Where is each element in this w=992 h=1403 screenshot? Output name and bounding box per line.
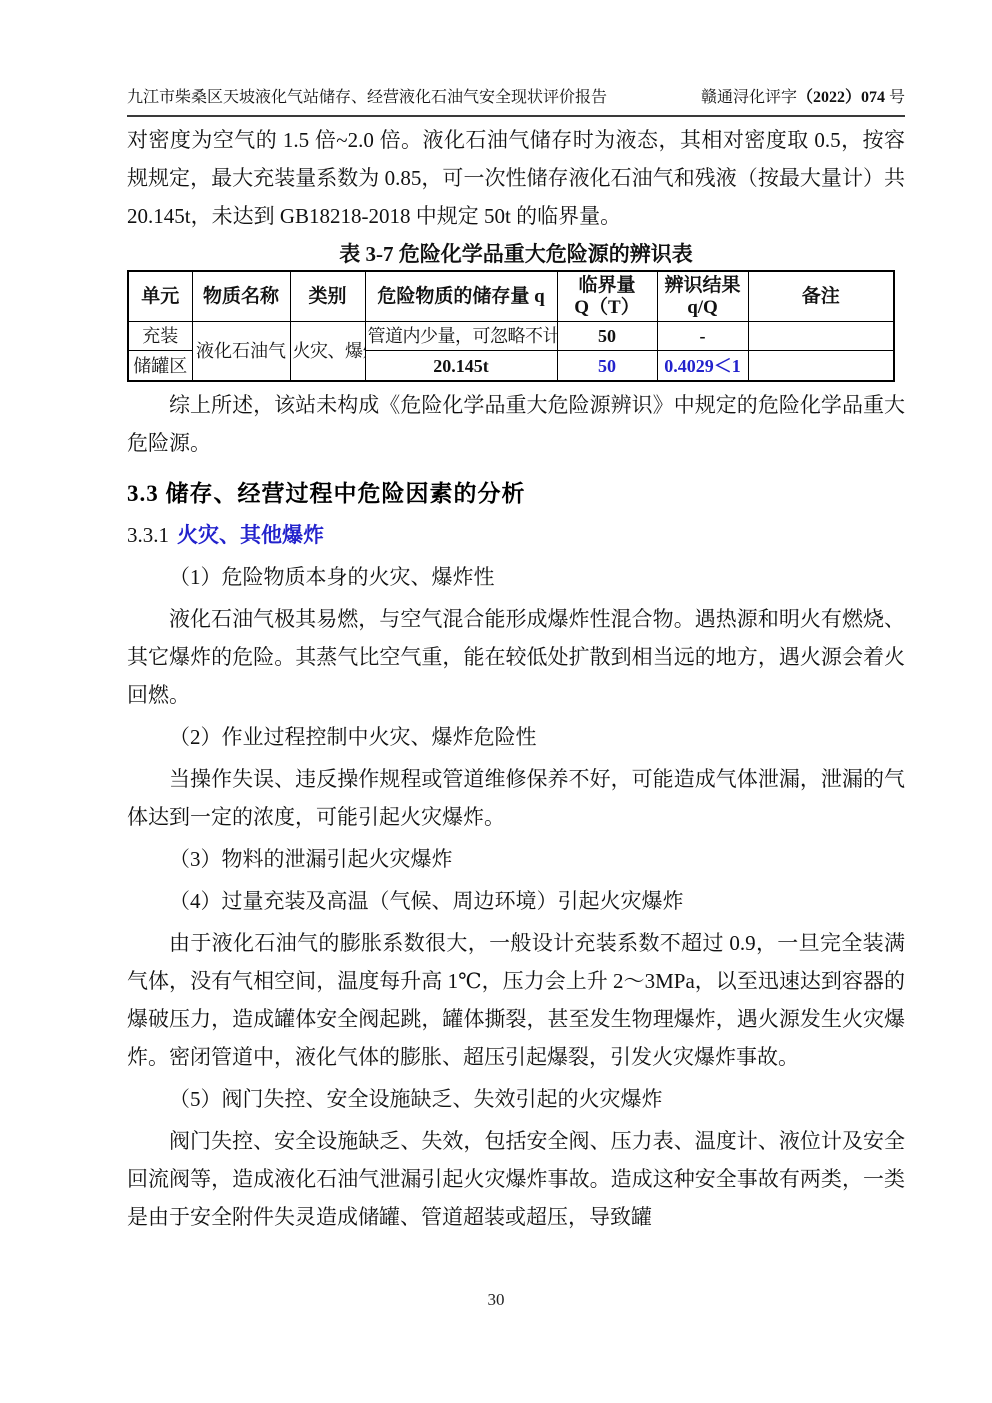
table-header-row: 单元 物质名称 类别 危险物质的储存量 q 临界量 Q（T） 辨识结果 q/Q … [128, 271, 894, 322]
paragraph-item-2: 当操作失误、违反操作规程或管道维修保养不好，可能造成气体泄漏，泄漏的气体达到一定… [127, 760, 905, 836]
list-item-2: （2）作业过程控制中火灾、爆炸危险性 [127, 718, 905, 756]
paragraph-item-5: 阀门失控、安全设施缺乏、失效，包括安全阀、压力表、温度计、液位计及安全回流阀等，… [127, 1122, 905, 1236]
col-header-category: 类别 [290, 271, 365, 322]
cell-critical-filling: 50 [557, 322, 657, 351]
table-row-filling: 充装 液化石油气 火灾、爆炸 管道内少量，可忽略不计 50 - [128, 322, 894, 351]
col-header-note: 备注 [748, 271, 894, 322]
col-header-substance: 物质名称 [192, 271, 290, 322]
col-header-critical-line2: Q（T） [560, 297, 655, 319]
list-item-4: （4）过量充装及高温（气候、周边环境）引起火灾爆炸 [127, 882, 905, 920]
cell-result-tank: 0.4029＜1 [657, 351, 748, 382]
cell-note-tank [748, 351, 894, 382]
list-item-3: （3）物料的泄漏引起火灾爆炸 [127, 840, 905, 878]
col-header-unit: 单元 [128, 271, 192, 322]
hazard-identification-table: 单元 物质名称 类别 危险物质的储存量 q 临界量 Q（T） 辨识结果 q/Q … [127, 270, 895, 382]
header-doc-number-value: （2022）074 [797, 89, 885, 106]
page-header: 九江市柴桑区天坡液化气站储存、经营液化石油气安全现状评价报告 赣通浔化评字（20… [127, 88, 905, 117]
col-header-result-line1: 辨识结果 [660, 275, 746, 297]
cell-note-filling [748, 322, 894, 351]
table-3-7-title: 表 3-7 危险化学品重大危险源的辨识表 [127, 239, 905, 269]
section-heading-3-3: 3.3 储存、经营过程中危险因素的分析 [127, 478, 905, 510]
cell-result-filling: - [657, 322, 748, 351]
paragraph-item-1: 液化石油气极其易燃，与空气混合能形成爆炸性混合物。遇热源和明火有燃烧、其它爆炸的… [127, 600, 905, 714]
document-page: 九江市柴桑区天坡液化气站储存、经营液化石油气安全现状评价报告 赣通浔化评字（20… [0, 0, 992, 1236]
col-header-result-line2: q/Q [660, 297, 746, 319]
cell-substance: 液化石油气 [192, 322, 290, 382]
paragraph-density: 对密度为空气的 1.5 倍~2.0 倍。液化石油气储存时为液态，其相对密度取 0… [127, 121, 905, 235]
header-doc-number: 赣通浔化评字（2022）074 号 [701, 88, 905, 108]
list-item-5: （5）阀门失控、安全设施缺乏、失效引起的火灾爆炸 [127, 1080, 905, 1118]
cell-storage-tank: 20.145t [365, 351, 557, 382]
paragraph-item-4: 由于液化石油气的膨胀系数很大，一般设计充装系数不超过 0.9，一旦完全装满气体，… [127, 924, 905, 1076]
cell-unit-tank: 储罐区 [128, 351, 192, 382]
header-doc-number-suffix: 号 [889, 89, 905, 106]
cell-critical-tank: 50 [557, 351, 657, 382]
header-doc-number-prefix: 赣通浔化评字 [701, 89, 797, 106]
section-3-3-1-number: 3.3.1 [127, 523, 169, 547]
cell-unit-filling: 充装 [128, 322, 192, 351]
col-header-critical: 临界量 Q（T） [557, 271, 657, 322]
page-number: 30 [0, 1290, 992, 1310]
cell-storage-filling: 管道内少量，可忽略不计 [365, 322, 557, 351]
col-header-critical-line1: 临界量 [560, 275, 655, 297]
col-header-result: 辨识结果 q/Q [657, 271, 748, 322]
header-report-title: 九江市柴桑区天坡液化气站储存、经营液化石油气安全现状评价报告 [127, 88, 607, 108]
list-item-1: （1）危险物质本身的火灾、爆炸性 [127, 558, 905, 596]
cell-category: 火灾、爆炸 [290, 322, 365, 382]
section-3-3-1-title: 火灾、其他爆炸 [177, 523, 324, 547]
paragraph-summary: 综上所述，该站未构成《危险化学品重大危险源辨识》中规定的危险化学品重大危险源。 [127, 386, 905, 462]
col-header-storage: 危险物质的储存量 q [365, 271, 557, 322]
section-heading-3-3-1: 3.3.1火灾、其他爆炸 [127, 516, 905, 554]
